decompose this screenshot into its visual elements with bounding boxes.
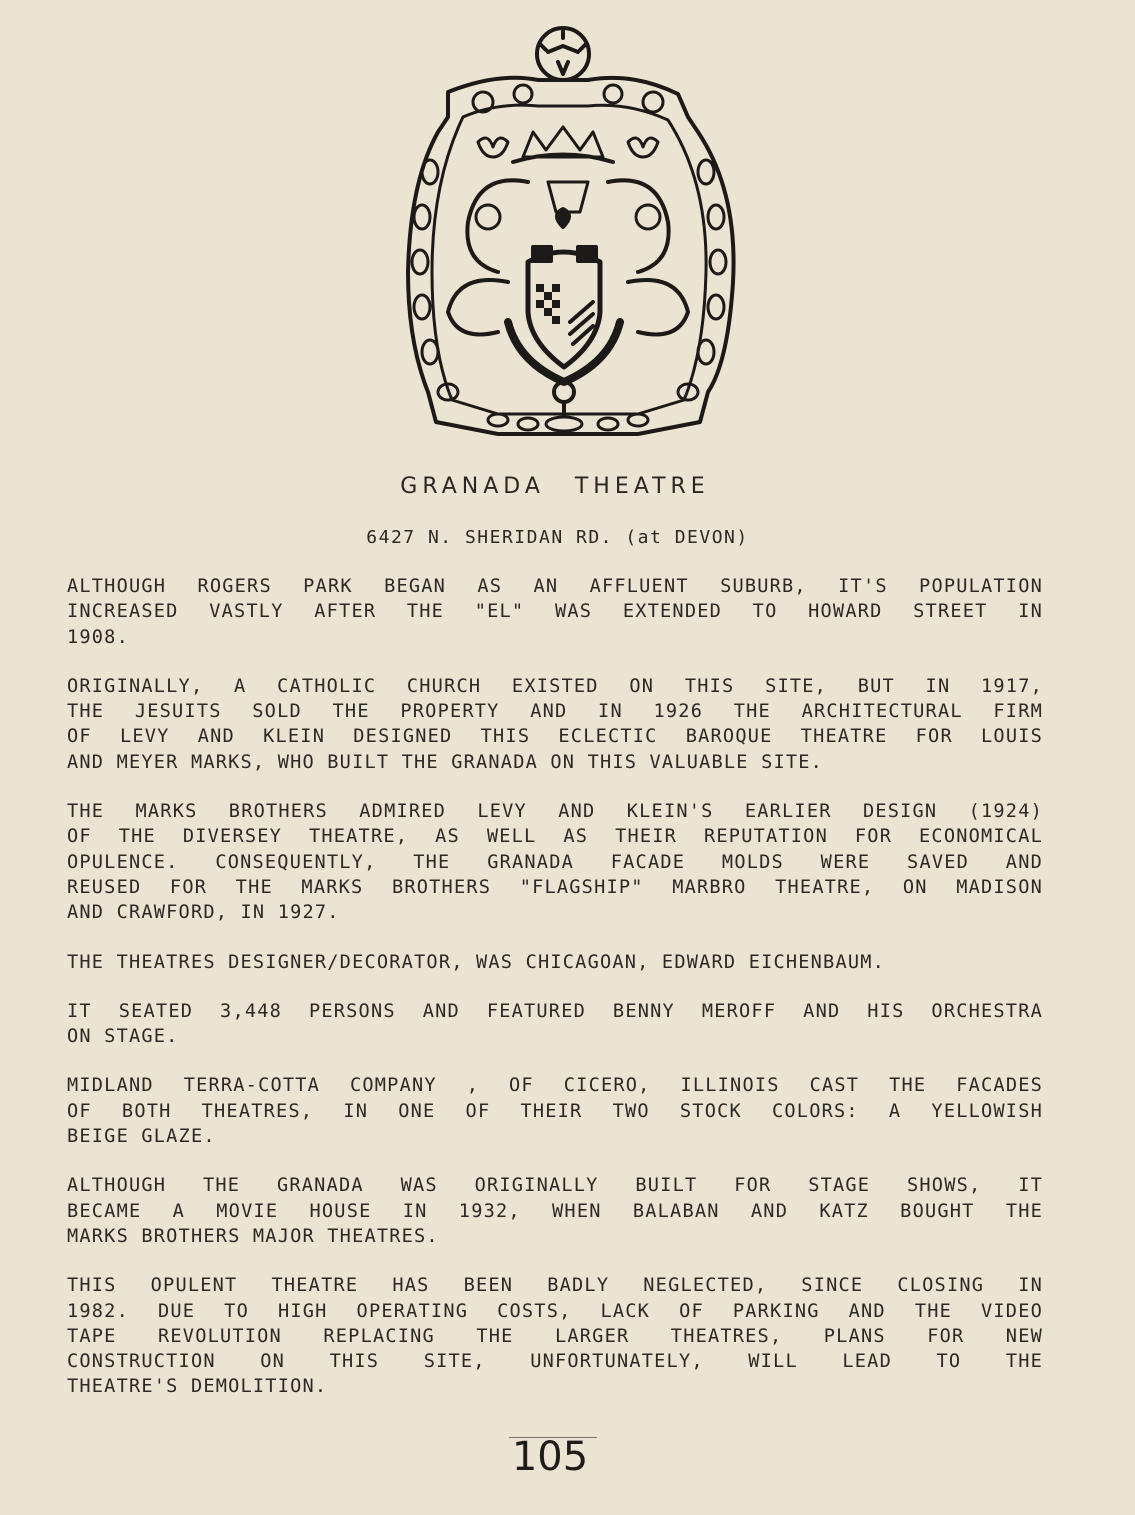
text-line: MARKS BROTHERS MAJOR THEATRES. (67, 1224, 1043, 1249)
text-line: IT SEATED 3,448 PERSONS AND FEATURED BEN… (67, 999, 1043, 1024)
paragraph-terra-cotta: MIDLAND TERRA-COTTA COMPANY , OF CICERO,… (67, 1073, 1043, 1149)
paragraph-seating: IT SEATED 3,448 PERSONS AND FEATURED BEN… (67, 999, 1043, 1050)
text-line: ORIGINALLY, A CATHOLIC CHURCH EXISTED ON… (67, 674, 1043, 699)
text-line: THEATRE'S DEMOLITION. (67, 1374, 1043, 1399)
text-line: 1982. DUE TO HIGH OPERATING COSTS, LACK … (67, 1299, 1043, 1324)
text-line: TAPE REVOLUTION REPLACING THE LARGER THE… (67, 1324, 1043, 1349)
text-line: BECAME A MOVIE HOUSE IN 1932, WHEN BALAB… (67, 1199, 1043, 1224)
text-line: ALTHOUGH THE GRANADA WAS ORIGINALLY BUIL… (67, 1173, 1043, 1198)
text-line: ON STAGE. (67, 1024, 1043, 1049)
text-line: THE THEATRES DESIGNER/DECORATOR, WAS CHI… (67, 950, 1043, 975)
text-line: CONSTRUCTION ON THIS SITE, UNFORTUNATELY… (67, 1349, 1043, 1374)
page-number: 105 (0, 1434, 1100, 1480)
page-title: GRANADA THEATRE (0, 474, 1110, 499)
paragraph-demolition: THIS OPULENT THEATRE HAS BEEN BADLY NEGL… (67, 1273, 1043, 1399)
text-line: REUSED FOR THE MARKS BROTHERS "FLAGSHIP"… (67, 875, 1043, 900)
theatre-crest-emblem (388, 22, 748, 442)
text-line: THIS OPULENT THEATRE HAS BEEN BADLY NEGL… (67, 1273, 1043, 1298)
ornate-crest-icon (388, 22, 748, 442)
text-line: MIDLAND TERRA-COTTA COMPANY , OF CICERO,… (67, 1073, 1043, 1098)
theatre-address: 6427 N. SHERIDAN RD. (at DEVON) (0, 527, 1115, 548)
text-line: THE JESUITS SOLD THE PROPERTY AND IN 192… (67, 699, 1043, 724)
text-line: AND CRAWFORD, IN 1927. (67, 900, 1043, 925)
text-line: BEIGE GLAZE. (67, 1124, 1043, 1149)
text-line: 1908. (67, 625, 1043, 650)
text-line: ALTHOUGH ROGERS PARK BEGAN AS AN AFFLUEN… (67, 574, 1043, 599)
paragraph-history: ALTHOUGH ROGERS PARK BEGAN AS AN AFFLUEN… (67, 574, 1043, 650)
text-line: OF LEVY AND KLEIN DESIGNED THIS ECLECTIC… (67, 724, 1043, 749)
article-body: ALTHOUGH ROGERS PARK BEGAN AS AN AFFLUEN… (67, 574, 1043, 1424)
paragraph-marks-brothers: THE MARKS BROTHERS ADMIRED LEVY AND KLEI… (67, 799, 1043, 925)
text-line: INCREASED VASTLY AFTER THE "EL" WAS EXTE… (67, 599, 1043, 624)
text-line: THE MARKS BROTHERS ADMIRED LEVY AND KLEI… (67, 799, 1043, 824)
text-line: OPULENCE. CONSEQUENTLY, THE GRANADA FACA… (67, 850, 1043, 875)
paragraph-movie-house: ALTHOUGH THE GRANADA WAS ORIGINALLY BUIL… (67, 1173, 1043, 1249)
text-line: AND MEYER MARKS, WHO BUILT THE GRANADA O… (67, 750, 1043, 775)
text-line: OF THE DIVERSEY THEATRE, AS WELL AS THEI… (67, 824, 1043, 849)
paragraph-origin: ORIGINALLY, A CATHOLIC CHURCH EXISTED ON… (67, 674, 1043, 775)
text-line: OF BOTH THEATRES, IN ONE OF THEIR TWO ST… (67, 1099, 1043, 1124)
paragraph-designer: THE THEATRES DESIGNER/DECORATOR, WAS CHI… (67, 950, 1043, 975)
